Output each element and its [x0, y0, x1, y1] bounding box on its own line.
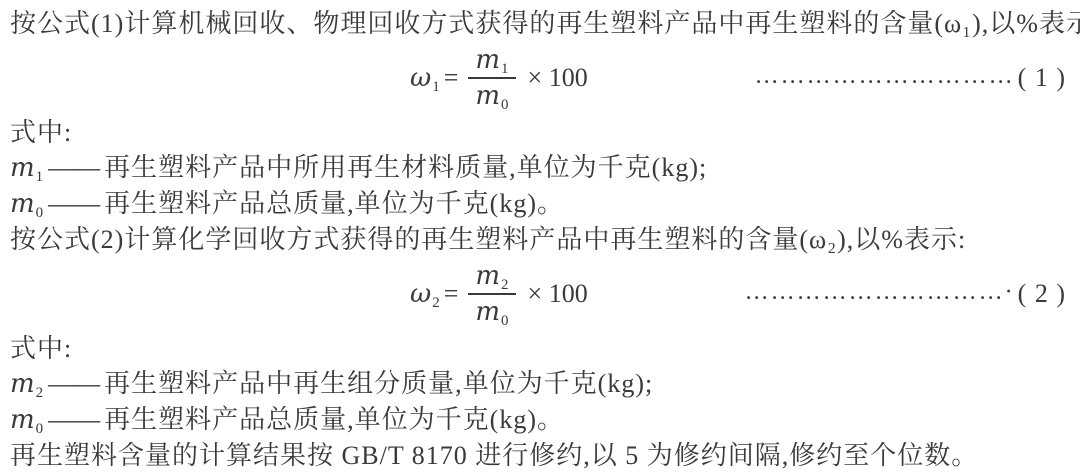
equals-sign: =	[444, 63, 459, 93]
formula-1: ω1 = m1 m0 × 100 ………………………… ( 1 )	[10, 41, 1066, 115]
equation-number-1: ( 1 )	[1018, 63, 1066, 93]
definition-m0-second-text: 再生塑料产品总质量,单位为千克(kg)。	[104, 405, 564, 434]
var-m2: m2	[10, 369, 43, 398]
paragraph-formula1-intro: 按公式(1)计算机械回收、物理回收方式获得的再生塑料产品中再生塑料的含量(ω₁)…	[10, 6, 1066, 41]
fraction-denominator: m0	[468, 79, 515, 110]
fraction-m1-m0: m1 m0	[468, 46, 515, 111]
em-dash: ——	[48, 153, 100, 182]
fraction-denominator: m0	[468, 295, 515, 326]
var-m1: m1	[10, 153, 43, 182]
fraction-m2-m0: m2 m0	[468, 262, 515, 327]
paragraph-formula2-intro: 按公式(2)计算化学回收方式获得的再生塑料产品中再生塑料的含量(ω₂),以%表示…	[10, 222, 1066, 257]
definition-m2-text: 再生塑料产品中再生组分质量,单位为千克(kg);	[104, 369, 653, 398]
dot-leader: …………………………·	[745, 279, 1015, 306]
equation-number-2: ( 2 )	[1018, 279, 1066, 309]
omega2-symbol: ω2	[410, 279, 440, 309]
times-100: × 100	[528, 63, 588, 93]
equals-sign: =	[444, 279, 459, 309]
where-label-1: 式中:	[10, 115, 1066, 150]
var-m0: m0	[10, 405, 43, 434]
em-dash: ——	[48, 369, 100, 398]
var-m0: m0	[10, 189, 43, 218]
definition-m0-text: 再生塑料产品总质量,单位为千克(kg)。	[104, 189, 564, 218]
fraction-numerator: m2	[468, 262, 515, 295]
document-page: 按公式(1)计算机械回收、物理回收方式获得的再生塑料产品中再生塑料的含量(ω₁)…	[0, 0, 1080, 476]
definition-m0-first: m0——再生塑料产品总质量,单位为千克(kg)。	[10, 186, 1066, 222]
formula-1-body: ω1 = m1 m0 × 100	[410, 46, 588, 111]
dot-leader: …………………………	[755, 63, 1015, 90]
omega1-symbol: ω1	[410, 63, 440, 93]
em-dash: ——	[48, 405, 100, 434]
equation-2-leader-wrap: …………………………· ( 2 )	[745, 279, 1066, 309]
times-100: × 100	[528, 279, 588, 309]
definition-m1: m1——再生塑料产品中所用再生材料质量,单位为千克(kg);	[10, 150, 1066, 186]
formula-2-body: ω2 = m2 m0 × 100	[410, 262, 588, 327]
paragraph-rounding-note: 再生塑料含量的计算结果按 GB/T 8170 进行修约,以 5 为修约间隔,修约…	[10, 438, 1066, 473]
definition-m1-text: 再生塑料产品中所用再生材料质量,单位为千克(kg);	[104, 153, 707, 182]
formula-2: ω2 = m2 m0 × 100 …………………………· ( 2 )	[10, 257, 1066, 331]
definition-m0-second: m0——再生塑料产品总质量,单位为千克(kg)。	[10, 402, 1066, 438]
definition-m2: m2——再生塑料产品中再生组分质量,单位为千克(kg);	[10, 366, 1066, 402]
equation-1-leader-wrap: ………………………… ( 1 )	[755, 63, 1066, 93]
em-dash: ——	[48, 189, 100, 218]
fraction-numerator: m1	[468, 46, 515, 79]
where-label-2: 式中:	[10, 331, 1066, 366]
